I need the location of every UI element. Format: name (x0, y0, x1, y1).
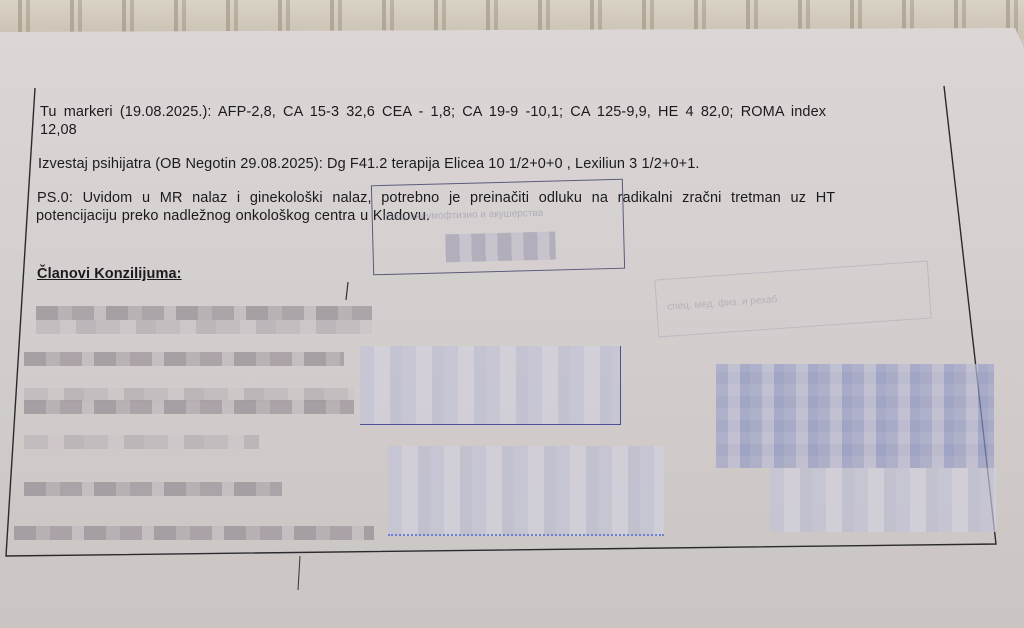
stamp-right-text: спец. мед. физ. и рехаб. (667, 294, 781, 313)
redacted-member-name (36, 306, 372, 320)
stamp-center-text: спец. пнеумофтизио и акушерства (383, 208, 544, 223)
redacted-member-name (24, 352, 344, 366)
redacted-signature-stamp (360, 346, 621, 425)
council-members-heading: Članovi Konzilijuma: (37, 266, 182, 282)
redacted-member-name (24, 482, 282, 496)
redacted-signature (388, 446, 664, 536)
tumor-markers-text-continued: 12,08 (40, 122, 77, 138)
redacted-member-name (24, 400, 354, 414)
redacted-member-name (36, 320, 372, 334)
redacted-stamp-signature (445, 232, 556, 263)
redacted-member-name (14, 526, 374, 540)
redacted-signature-blue (716, 364, 994, 468)
tumor-markers-text: Tu markeri (19.08.2025.): AFP-2,8, CA 15… (40, 104, 826, 120)
psychiatry-report-text: Izvestaj psihijatra (OB Negotin 29.08.20… (38, 156, 700, 172)
redacted-member-name (24, 435, 259, 449)
redacted-signature-lower (770, 468, 996, 532)
official-stamp-center: спец. пнеумофтизио и акушерства (371, 179, 625, 276)
